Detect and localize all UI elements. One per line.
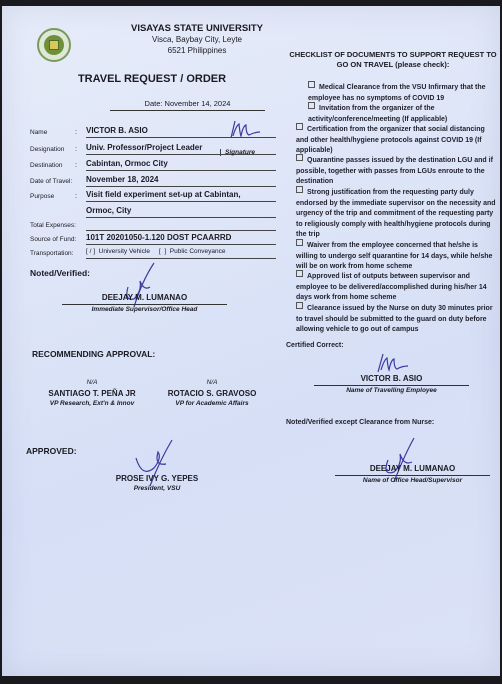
approved-name: PROSE IVY G. YEPES xyxy=(102,474,212,483)
travel-request-document: VISAYAS STATE UNIVERSITY Visca, Baybay C… xyxy=(2,6,500,676)
checkbox[interactable] xyxy=(296,154,303,161)
noted-role: Immediate Supervisor/Office Head xyxy=(62,306,227,313)
recommender-1-name: SANTIAGO T. PEÑA JR xyxy=(37,389,147,398)
field-colon: : xyxy=(75,129,77,136)
checklist-item[interactable]: Clearance issued by the Nurse on duty 30… xyxy=(296,302,496,336)
field-value-purpose: Visit field experiment set-up at Cabinta… xyxy=(86,189,276,202)
checklist-item[interactable]: Waiver from the employee concerned that … xyxy=(296,239,496,273)
checkbox[interactable] xyxy=(308,81,315,88)
checkbox[interactable] xyxy=(296,270,303,277)
recommender-2-status: N/A xyxy=(162,379,262,386)
noted-name: DEEJAY M. LUMANAO xyxy=(62,293,227,302)
field-value-purpose-cont: Ormoc, City xyxy=(86,205,276,218)
recommending-heading: RECOMMENDING APPROVAL: xyxy=(32,349,155,359)
checklist-title: CHECKLIST OF DOCUMENTS TO SUPPORT REQUES… xyxy=(288,50,498,70)
checklist-item[interactable]: Medical Clearance from the VSU Infirmary… xyxy=(308,81,498,104)
field-value-date-of-travel: November 18, 2024 xyxy=(86,174,276,187)
certified-signature-line xyxy=(314,385,469,386)
approved-heading: APPROVED: xyxy=(26,446,77,456)
field-label-total-expenses: Total Expenses: xyxy=(30,222,76,229)
checklist-item[interactable]: Quarantine passes issued by the destinat… xyxy=(296,154,496,188)
university-name: VISAYAS STATE UNIVERSITY xyxy=(122,23,272,34)
signature-asio-icon xyxy=(227,118,267,140)
signature-asio-2-icon xyxy=(374,350,414,375)
field-label-destination: Destination xyxy=(30,162,63,169)
field-value-transportation: [ / ] University Vehicle [ ] Public Conv… xyxy=(86,246,276,259)
field-value-destination: Cabintan, Ormoc City xyxy=(86,158,276,171)
recommender-2-role: VP for Academic Affairs xyxy=(157,400,267,407)
recommender-1-role: VP Research, Ext'n & Innov xyxy=(32,400,152,407)
field-label-name: Name xyxy=(30,129,47,136)
noted-signature-line xyxy=(62,304,227,305)
checkbox[interactable] xyxy=(296,186,303,193)
checklist-item[interactable]: Invitation from the organizer of the act… xyxy=(308,102,498,125)
certified-name: VICTOR B. ASIO xyxy=(314,374,469,383)
checkbox[interactable] xyxy=(308,102,315,109)
form-date: Date: November 14, 2024 xyxy=(110,99,265,111)
noted-except-name: DEEJAY M. LUMANAO xyxy=(335,464,490,473)
field-value-source-of-fund: 101T 20201050-1.120 DOST PCAARRD xyxy=(86,232,276,245)
checklist-item[interactable]: Strong justification from the requesting… xyxy=(296,186,496,241)
field-label-purpose: Purpose xyxy=(30,193,54,200)
field-colon: : xyxy=(75,162,77,169)
university-address: Visca, Baybay City, Leyte xyxy=(122,35,272,44)
checklist-item[interactable]: Approved list of outputs between supervi… xyxy=(296,270,496,304)
noted-except-role: Name of Office Head/Supervisor xyxy=(335,477,490,484)
field-colon: : xyxy=(75,146,77,153)
field-label-designation: Designation xyxy=(30,146,64,153)
approved-role: President, VSU xyxy=(102,485,212,492)
university-zip: 6521 Philippines xyxy=(122,46,272,55)
field-label-transportation: Transportation: xyxy=(30,250,73,257)
noted-except-heading: Noted/Verified except Clearance from Nur… xyxy=(286,418,434,429)
checkbox[interactable] xyxy=(296,239,303,246)
recommender-2-name: ROTACIO S. GRAVOSO xyxy=(157,389,267,398)
field-value-total-expenses xyxy=(86,218,276,231)
certified-heading: Certified Correct: xyxy=(286,341,344,352)
university-seal-icon xyxy=(37,28,71,62)
checklist-item[interactable]: Certification from the organizer that so… xyxy=(296,123,496,157)
noted-except-signature-line xyxy=(335,475,490,476)
field-label-source-of-fund: Source of Fund: xyxy=(30,236,76,243)
checkbox[interactable] xyxy=(296,123,303,130)
certified-role: Name of Travelling Employee xyxy=(314,387,469,394)
form-title: TRAVEL REQUEST / ORDER xyxy=(62,73,242,85)
noted-heading: Noted/Verified: xyxy=(30,268,90,278)
field-label-date-of-travel: Date of Travel: xyxy=(30,178,72,185)
recommender-1-status: N/A xyxy=(42,379,142,386)
signature-label: Signature xyxy=(220,149,255,156)
field-colon: : xyxy=(75,193,77,200)
checkbox[interactable] xyxy=(296,302,303,309)
